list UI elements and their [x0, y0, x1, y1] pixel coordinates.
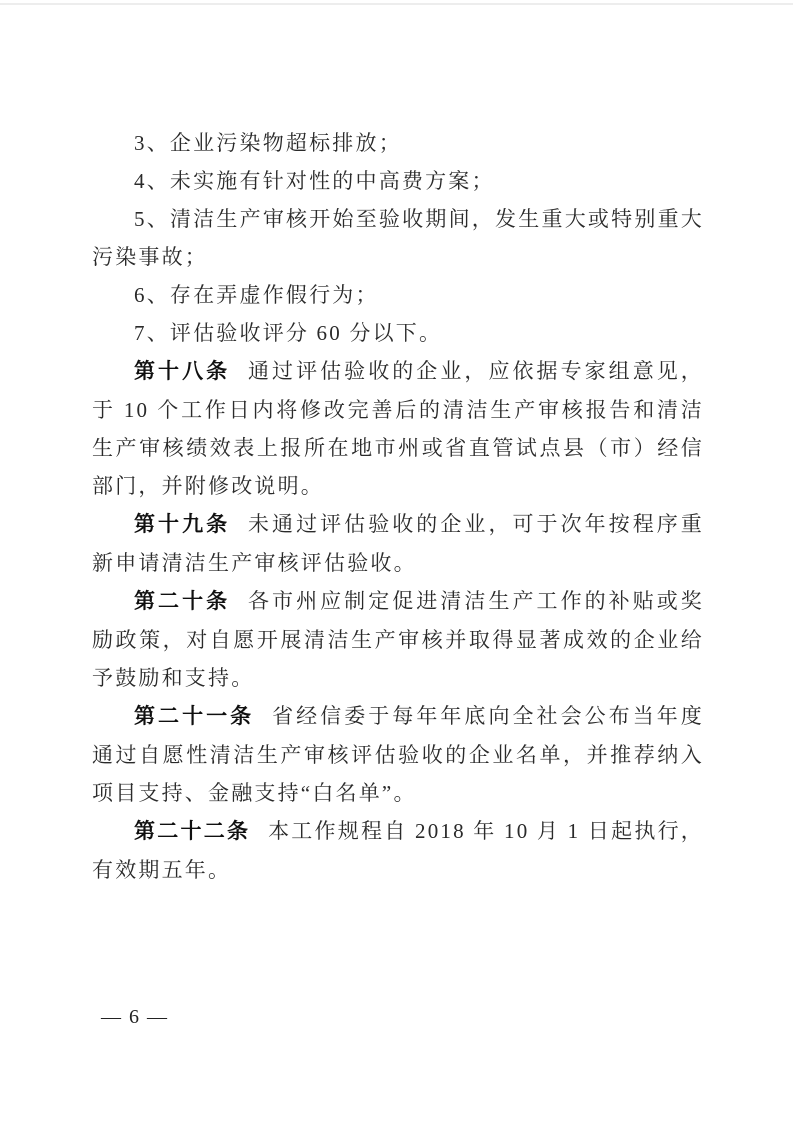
paragraph: 第十八条通过评估验收的企业，应依据专家组意见，于 10 个工作日内将修改完善后的…: [92, 352, 704, 505]
paragraph-text: 4、未实施有针对性的中高费方案；: [134, 169, 495, 193]
page-number: — 6 —: [101, 1004, 169, 1030]
page-number-label: — 6 —: [101, 1006, 169, 1028]
paragraph-text: 7、评估验收评分 60 分以下。: [134, 321, 442, 345]
paragraph-text: 6、存在弄虚作假行为；: [134, 283, 379, 307]
paragraph: 5、清洁生产审核开始至验收期间，发生重大或特别重大污染事故；: [92, 200, 704, 276]
article-number: 第二十条: [134, 590, 230, 613]
paragraph: 3、企业污染物超标排放；: [92, 124, 704, 162]
paragraph: 7、评估验收评分 60 分以下。: [92, 314, 704, 352]
article-number: 第十八条: [134, 360, 230, 383]
document-page: 3、企业污染物超标排放； 4、未实施有针对性的中高费方案； 5、清洁生产审核开始…: [0, 0, 793, 1122]
paragraph-text: 5、清洁生产审核开始至验收期间，发生重大或特别重大污染事故；: [92, 207, 704, 269]
paragraph-text: 3、企业污染物超标排放；: [134, 131, 402, 155]
article-number: 第二十二条: [134, 820, 250, 843]
article-number: 第二十一条: [134, 705, 254, 728]
paragraph: 第二十二条本工作规程自 2018 年 10 月 1 日起执行，有效期五年。: [92, 812, 704, 889]
paragraph: 第十九条未通过评估验收的企业，可于次年按程序重新申请清洁生产审核评估验收。: [92, 505, 704, 582]
scan-artifact-line: [0, 3, 793, 5]
paragraph: 4、未实施有针对性的中高费方案；: [92, 162, 704, 200]
paragraph: 第二十条各市州应制定促进清洁生产工作的补贴或奖励政策，对自愿开展清洁生产审核并取…: [92, 582, 704, 697]
paragraph: 6、存在弄虚作假行为；: [92, 276, 704, 314]
paragraph: 第二十一条省经信委于每年年底向全社会公布当年度通过自愿性清洁生产审核评估验收的企…: [92, 697, 704, 812]
article-number: 第十九条: [134, 513, 230, 536]
document-text-block: 3、企业污染物超标排放； 4、未实施有针对性的中高费方案； 5、清洁生产审核开始…: [92, 124, 704, 889]
